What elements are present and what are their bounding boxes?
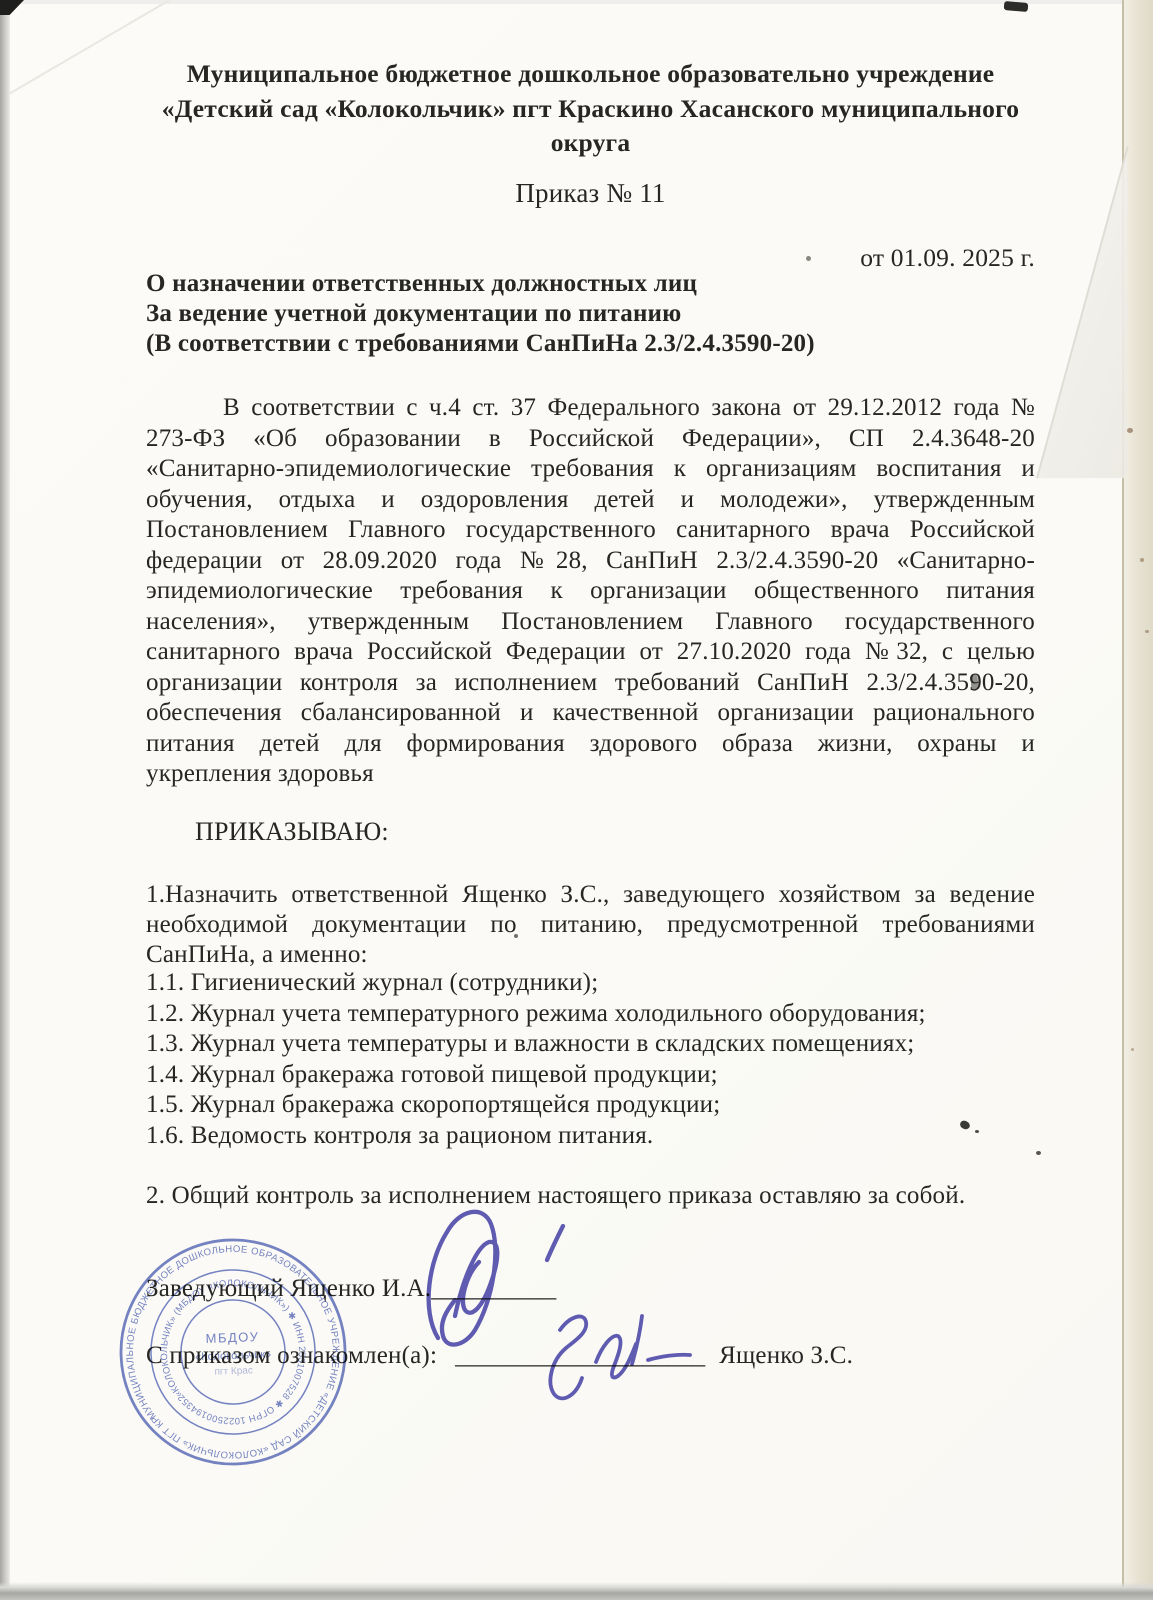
journal-list-item: 1.6. Ведомость контроля за рационом пита… <box>146 1121 1035 1152</box>
org-name-heading: Муниципальное бюджетное дошкольное образ… <box>146 57 1035 161</box>
order-number-title: Приказ № 11 <box>146 177 1035 209</box>
stamp-center-line2: «Колокольчик» <box>195 1349 271 1364</box>
preamble-line: 273-ФЗ «Об образовании в Российской Феде… <box>146 424 1035 455</box>
journal-list-item: 1.4. Журнал бракеража готовой пищевой пр… <box>146 1060 1035 1091</box>
preamble-line: эпидемиологические требования к организа… <box>146 576 1035 607</box>
preamble-last-line: укрепления здоровья <box>146 759 1035 790</box>
item1-line: 1.Назначить ответственной Ященко З.С., з… <box>146 880 1035 910</box>
journal-list-item: 1.1. Гигиенический журнал (сотрудники); <box>146 968 1035 999</box>
preamble-line: федерации от 28.09.2020 года №28, СанПиН… <box>146 546 1035 577</box>
order-subject-line: (В соответствии с требованиями СанПиНа 2… <box>146 329 1035 359</box>
org-name-line: округа <box>146 126 1035 161</box>
acknowledgement-signature <box>550 1316 690 1398</box>
order-item-1: 1.Назначить ответственной Ященко З.С., з… <box>146 880 1035 970</box>
order-subject: О назначении ответственных должностных л… <box>146 269 1035 359</box>
preamble-line: обеспечения сбалансированной и качествен… <box>146 698 1035 729</box>
journal-list-item: 1.3. Журнал учета температуры и влажност… <box>146 1029 1035 1060</box>
preamble-paragraph: В соответствии с ч.4 ст. 37 Федерального… <box>146 393 1035 790</box>
stamp-center-line1: МБДОУ <box>205 1329 259 1346</box>
acknowledgement-name: Ященко З.С. <box>719 1342 853 1369</box>
org-name-line: «Детский сад «Колокольчик» пгт Краскино … <box>146 92 1035 127</box>
journal-list: 1.1. Гигиенический журнал (сотрудники);1… <box>146 968 1035 1152</box>
preamble-justified-lines: В соответствии с ч.4 ст. 37 Федерального… <box>146 393 1035 759</box>
handwritten-signatures <box>395 1148 725 1428</box>
item1-line: необходимой документации по питанию, пре… <box>146 910 1035 940</box>
stamp-center-line3: пгт Крас <box>214 1365 253 1377</box>
director-signature <box>429 1212 563 1345</box>
preamble-line: Постановлением Главного государственного… <box>146 515 1035 546</box>
org-name-line: Муниципальное бюджетное дошкольное образ… <box>146 57 1035 92</box>
official-round-stamp: МУНИЦИПАЛЬНОЕ БЮДЖЕТНОЕ ДОШКОЛЬНОЕ ОБРАЗ… <box>109 1228 357 1476</box>
preamble-line: обучения, отдыха и оздоровления детей и … <box>146 485 1035 516</box>
journal-list-item: 1.2. Журнал учета температурного режима … <box>146 999 1035 1030</box>
journal-list-item: 1.5. Журнал бракеража скоропортящейся пр… <box>146 1090 1035 1121</box>
preamble-line: санитарного врача Российской Федерации о… <box>146 637 1035 668</box>
item1-justified-lines: 1.Назначить ответственной Ященко З.С., з… <box>146 880 1035 940</box>
scanned-document-page: Муниципальное бюджетное дошкольное образ… <box>0 0 1153 1600</box>
order-subject-line: О назначении ответственных должностных л… <box>146 269 1035 299</box>
preamble-line: организации контроля за исполнением треб… <box>146 668 1035 699</box>
item1-last-line: СанПиНа, а именно: <box>146 940 1035 970</box>
preamble-line: населения», утвержденным Постановлением … <box>146 607 1035 638</box>
preamble-line: В соответствии с ч.4 ст. 37 Федерального… <box>146 393 1035 424</box>
order-subject-line: За ведение учетной документации по питан… <box>146 299 1035 329</box>
preamble-line: «Санитарно-эпидемиологические требования… <box>146 454 1035 485</box>
preamble-line: питания детей для формирования здорового… <box>146 729 1035 760</box>
decree-heading: ПРИКАЗЫВАЮ: <box>146 817 1084 847</box>
